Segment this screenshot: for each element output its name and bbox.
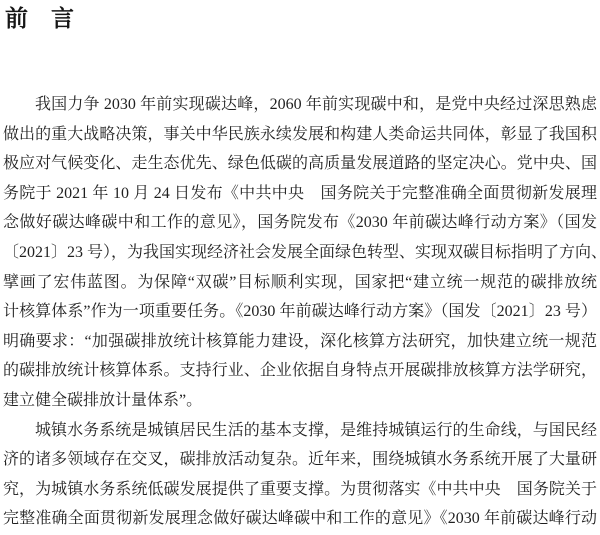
text-line: 城镇水务系统是城镇居民生活的基本支撑，是维持城镇运行的生命线，与国民经 [3, 416, 597, 446]
document-body: 我国力争 2030 年前实现碳达峰，2060 年前实现碳中和，是党中央经过深思熟… [3, 90, 597, 534]
text-line: 务院于 2021 年 10 月 24 日发布《中共中央 国务院关于完整准确全面贯… [3, 179, 597, 209]
document-page: 前 言 我国力争 2030 年前实现碳达峰，2060 年前实现碳中和，是党中央经… [0, 0, 600, 534]
text-line: 〔2021〕23 号），为我国实现经济社会发展全面绿色转型、实现双碳目标指明了方… [3, 238, 597, 268]
text-line: 明确要求：“加强碳排放统计核算能力建设，深化核算方法研究，加快建立统一规范 [3, 327, 597, 357]
text-line: 究，为城镇水务系统低碳发展提供了重要支撑。为贯彻落实《中共中央 国务院关于 [3, 475, 597, 505]
text-line: 完整准确全面贯彻新发展理念做好碳达峰碳中和工作的意见》《2030 年前碳达峰行动 [3, 504, 597, 534]
text-line: 的碳排放统计核算体系。支持行业、企业依据自身特点开展碳排放核算方法学研究， [3, 356, 597, 386]
text-line: 济的诸多领域存在交叉，碳排放活动复杂。近年来，围绕城镇水务系统开展了大量研 [3, 445, 597, 475]
paragraph-2: 城镇水务系统是城镇居民生活的基本支撑，是维持城镇运行的生命线，与国民经 济的诸多… [3, 416, 597, 534]
text-line: 擘画了宏伟蓝图。为保障“双碳”目标顺利实现，国家把“建立统一规范的碳排放统 [3, 268, 597, 298]
page-title: 前 言 [3, 0, 597, 31]
text-line: 建立健全碳排放计量体系”。 [3, 386, 597, 416]
text-line: 念做好碳达峰碳中和工作的意见》，国务院发布《2030 年前碳达峰行动方案》（国发 [3, 208, 597, 238]
text-line: 我国力争 2030 年前实现碳达峰，2060 年前实现碳中和，是党中央经过深思熟… [3, 90, 597, 120]
text-line: 做出的重大战略决策，事关中华民族永续发展和构建人类命运共同体，彰显了我国积 [3, 120, 597, 150]
text-line: 计核算体系”作为一项重要任务。《2030 年前碳达峰行动方案》（国发〔2021〕… [3, 297, 597, 327]
text-line: 极应对气候变化、走生态优先、绿色低碳的高质量发展道路的坚定决心。党中央、国 [3, 149, 597, 179]
paragraph-1: 我国力争 2030 年前实现碳达峰，2060 年前实现碳中和，是党中央经过深思熟… [3, 90, 597, 416]
